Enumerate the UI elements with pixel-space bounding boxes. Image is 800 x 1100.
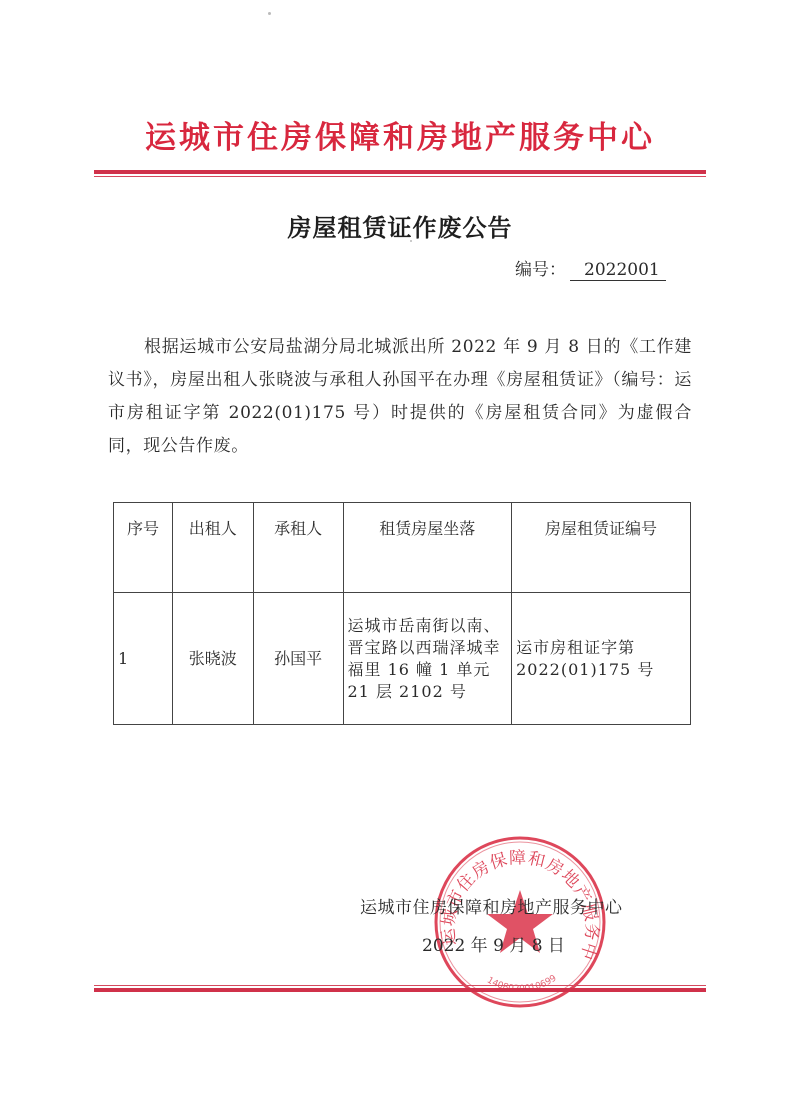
cell-lessor: 张晓波 bbox=[172, 593, 253, 725]
revocation-table: 序号 出租人 承租人 租赁房屋坐落 房屋租赁证编号 1 张晓波 孙国平 运城市岳… bbox=[113, 502, 691, 725]
signature-organization: 运城市住房保障和房地产服务中心 bbox=[360, 893, 623, 918]
header-rule-thin bbox=[94, 176, 706, 177]
header-index: 序号 bbox=[114, 503, 173, 593]
header-certificate: 房屋租赁证编号 bbox=[512, 503, 691, 593]
notice-body: 根据运城市公安局盐湖分局北城派出所 2022 年 9 月 8 日的《工作建议书》… bbox=[108, 331, 692, 463]
cell-lessee: 孙国平 bbox=[253, 593, 343, 725]
cell-location: 运城市岳南街以南、晋宝路以西瑞泽城幸福里 16 幢 1 单元 21 层 2102… bbox=[343, 593, 512, 725]
cell-index: 1 bbox=[114, 593, 173, 725]
notice-title: 房屋租赁证作废公告 bbox=[0, 208, 800, 243]
footer-rule-thick bbox=[94, 988, 706, 992]
notice-number-label: 编号： bbox=[515, 260, 566, 280]
header-rule bbox=[94, 170, 706, 177]
cell-certificate: 运市房租证字第 2022(01)175 号 bbox=[512, 593, 691, 725]
notice-number-value: 2022001 bbox=[570, 260, 666, 281]
signature-date: 2022 年 9 月 8 日 bbox=[422, 931, 565, 956]
header-lessor: 出租人 bbox=[172, 503, 253, 593]
table-header-row: 序号 出租人 承租人 租赁房屋坐落 房屋租赁证编号 bbox=[114, 503, 691, 593]
organization-header: 运城市住房保障和房地产服务中心 bbox=[0, 112, 800, 157]
scan-speck bbox=[410, 240, 412, 242]
header-rule-thick bbox=[94, 170, 706, 174]
notice-number: 编号：2022001 bbox=[515, 255, 666, 281]
scan-speck bbox=[268, 12, 271, 15]
header-certificate-label: 房屋租赁证编号 bbox=[541, 511, 661, 547]
header-lessee: 承租人 bbox=[253, 503, 343, 593]
footer-rule-thin bbox=[94, 985, 706, 986]
table-row: 1 张晓波 孙国平 运城市岳南街以南、晋宝路以西瑞泽城幸福里 16 幢 1 单元… bbox=[114, 593, 691, 725]
header-location: 租赁房屋坐落 bbox=[343, 503, 512, 593]
footer-rule bbox=[94, 985, 706, 992]
